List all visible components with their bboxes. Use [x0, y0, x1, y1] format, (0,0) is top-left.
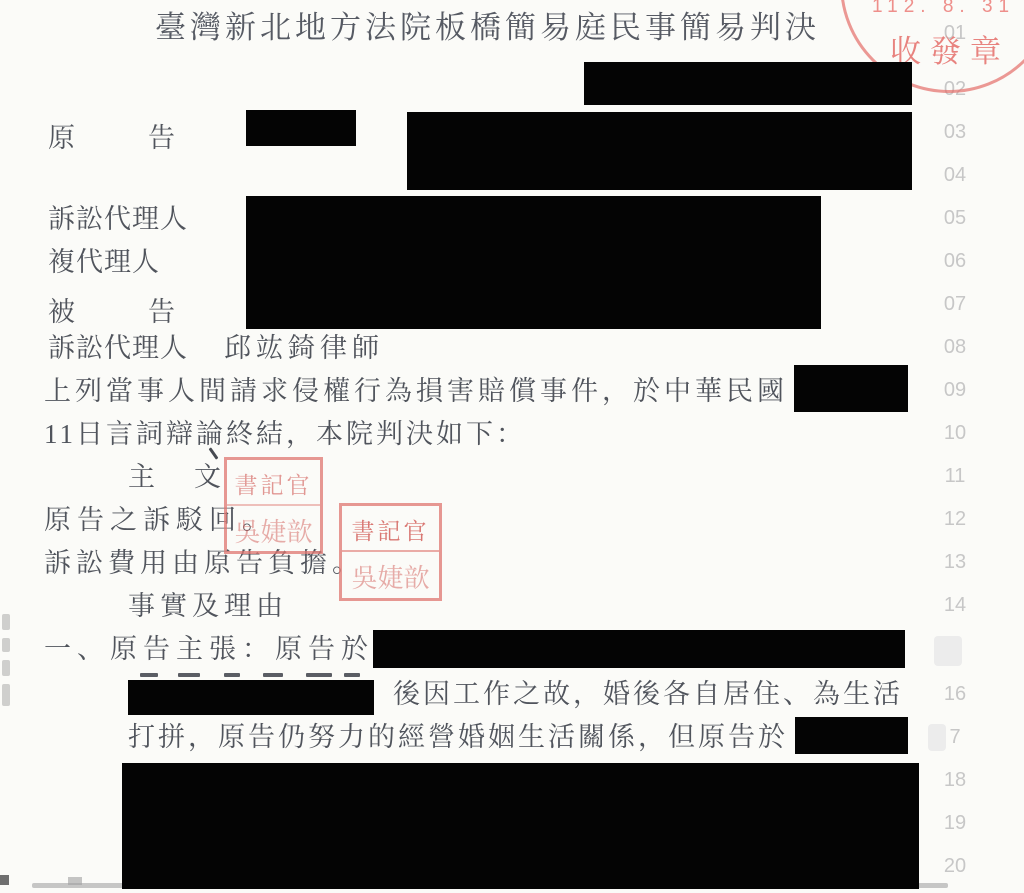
agent-label: 訴訟代理人: [48, 204, 188, 235]
defendant-agent-name: 邱竑錡律師: [224, 333, 384, 363]
body-line-17: 打拼，原告仍努力的經營婚姻生活關係，但原告於: [128, 722, 788, 753]
scan-text-fragment: [263, 673, 283, 677]
line-number-07: 07: [936, 293, 974, 316]
line-number-06: 06: [936, 250, 974, 273]
margin-mark: [2, 684, 10, 706]
subagent-label: 複代理人: [48, 247, 160, 278]
line-number-11: 11: [936, 465, 974, 488]
redaction-box: [407, 112, 912, 190]
scan-text-fragment: [178, 673, 200, 677]
line-number-20: 20: [936, 855, 974, 878]
line-number-18: 18: [936, 769, 974, 792]
scan-text-fragment: [224, 673, 240, 677]
line-number-04: 04: [936, 164, 974, 187]
scan-text-fragment: [344, 673, 360, 677]
redaction-box: [128, 680, 374, 715]
defendant-agent-row: 訴訟代理人邱竑錡律師: [48, 333, 384, 364]
document-title: 臺灣新北地方法院板橋簡易庭民事簡易判決: [155, 10, 820, 46]
line-number-10: 10: [936, 422, 974, 445]
redaction-box: [122, 763, 919, 889]
line-number-13: 13: [936, 551, 974, 574]
clerk-stamp-2: 書記官 吳婕歆: [339, 503, 442, 601]
scan-corner-mark: [0, 875, 9, 885]
line-number-19: 19: [936, 812, 974, 835]
plaintiff-label: 原告: [48, 116, 175, 155]
scan-smudge: [928, 724, 946, 751]
redaction-box: [795, 717, 908, 754]
scan-smudge: [934, 636, 962, 666]
redaction-box: [246, 110, 356, 146]
clerk-stamp-title: 書記官: [342, 506, 439, 552]
body-line-10: 11日言詞辯論終結，本院判決如下：: [44, 419, 526, 450]
received-stamp-date: 112. 8. 31: [872, 0, 1015, 18]
line-number-14: 14: [936, 594, 974, 617]
clerk-stamp-name: 吳婕歆: [227, 506, 320, 551]
margin-mark: [2, 660, 10, 676]
clerk-stamp-name: 吳婕歆: [342, 552, 439, 597]
body-line-09: 上列當事人間請求侵權行為損害賠償事件，於中華民國: [44, 376, 788, 407]
line-number-12: 12: [936, 508, 974, 531]
line-number-05: 05: [936, 207, 974, 230]
margin-mark: [2, 638, 10, 652]
redaction-box: [794, 365, 908, 412]
redaction-box: [373, 630, 905, 668]
line-number-08: 08: [936, 336, 974, 359]
body-line-16: 後因工作之故，婚後各自居住、為生活: [393, 679, 903, 710]
redaction-box: [246, 196, 821, 329]
clerk-stamp-1: 書記官 吳婕歆: [224, 457, 323, 554]
margin-mark: [2, 614, 10, 630]
scan-text-fragment: [306, 673, 332, 677]
defendant-label: 被告: [48, 290, 175, 329]
line-number-16: 16: [936, 683, 974, 706]
redaction-box: [584, 62, 912, 105]
scan-text-fragment: [140, 673, 158, 677]
clerk-stamp-title: 書記官: [227, 460, 320, 506]
line-number-09: 09: [936, 379, 974, 402]
line-number-03: 03: [936, 121, 974, 144]
facts-heading: 事實及理由: [128, 591, 288, 622]
main-text-heading: 主 文: [128, 462, 227, 493]
document-page: 臺灣新北地方法院板橋簡易庭民事簡易判決 112. 8. 31 收發章 01 02…: [0, 0, 1024, 893]
scan-corner-mark: [68, 877, 82, 885]
body-line-15: 一、原告主張：原告於: [44, 634, 374, 665]
